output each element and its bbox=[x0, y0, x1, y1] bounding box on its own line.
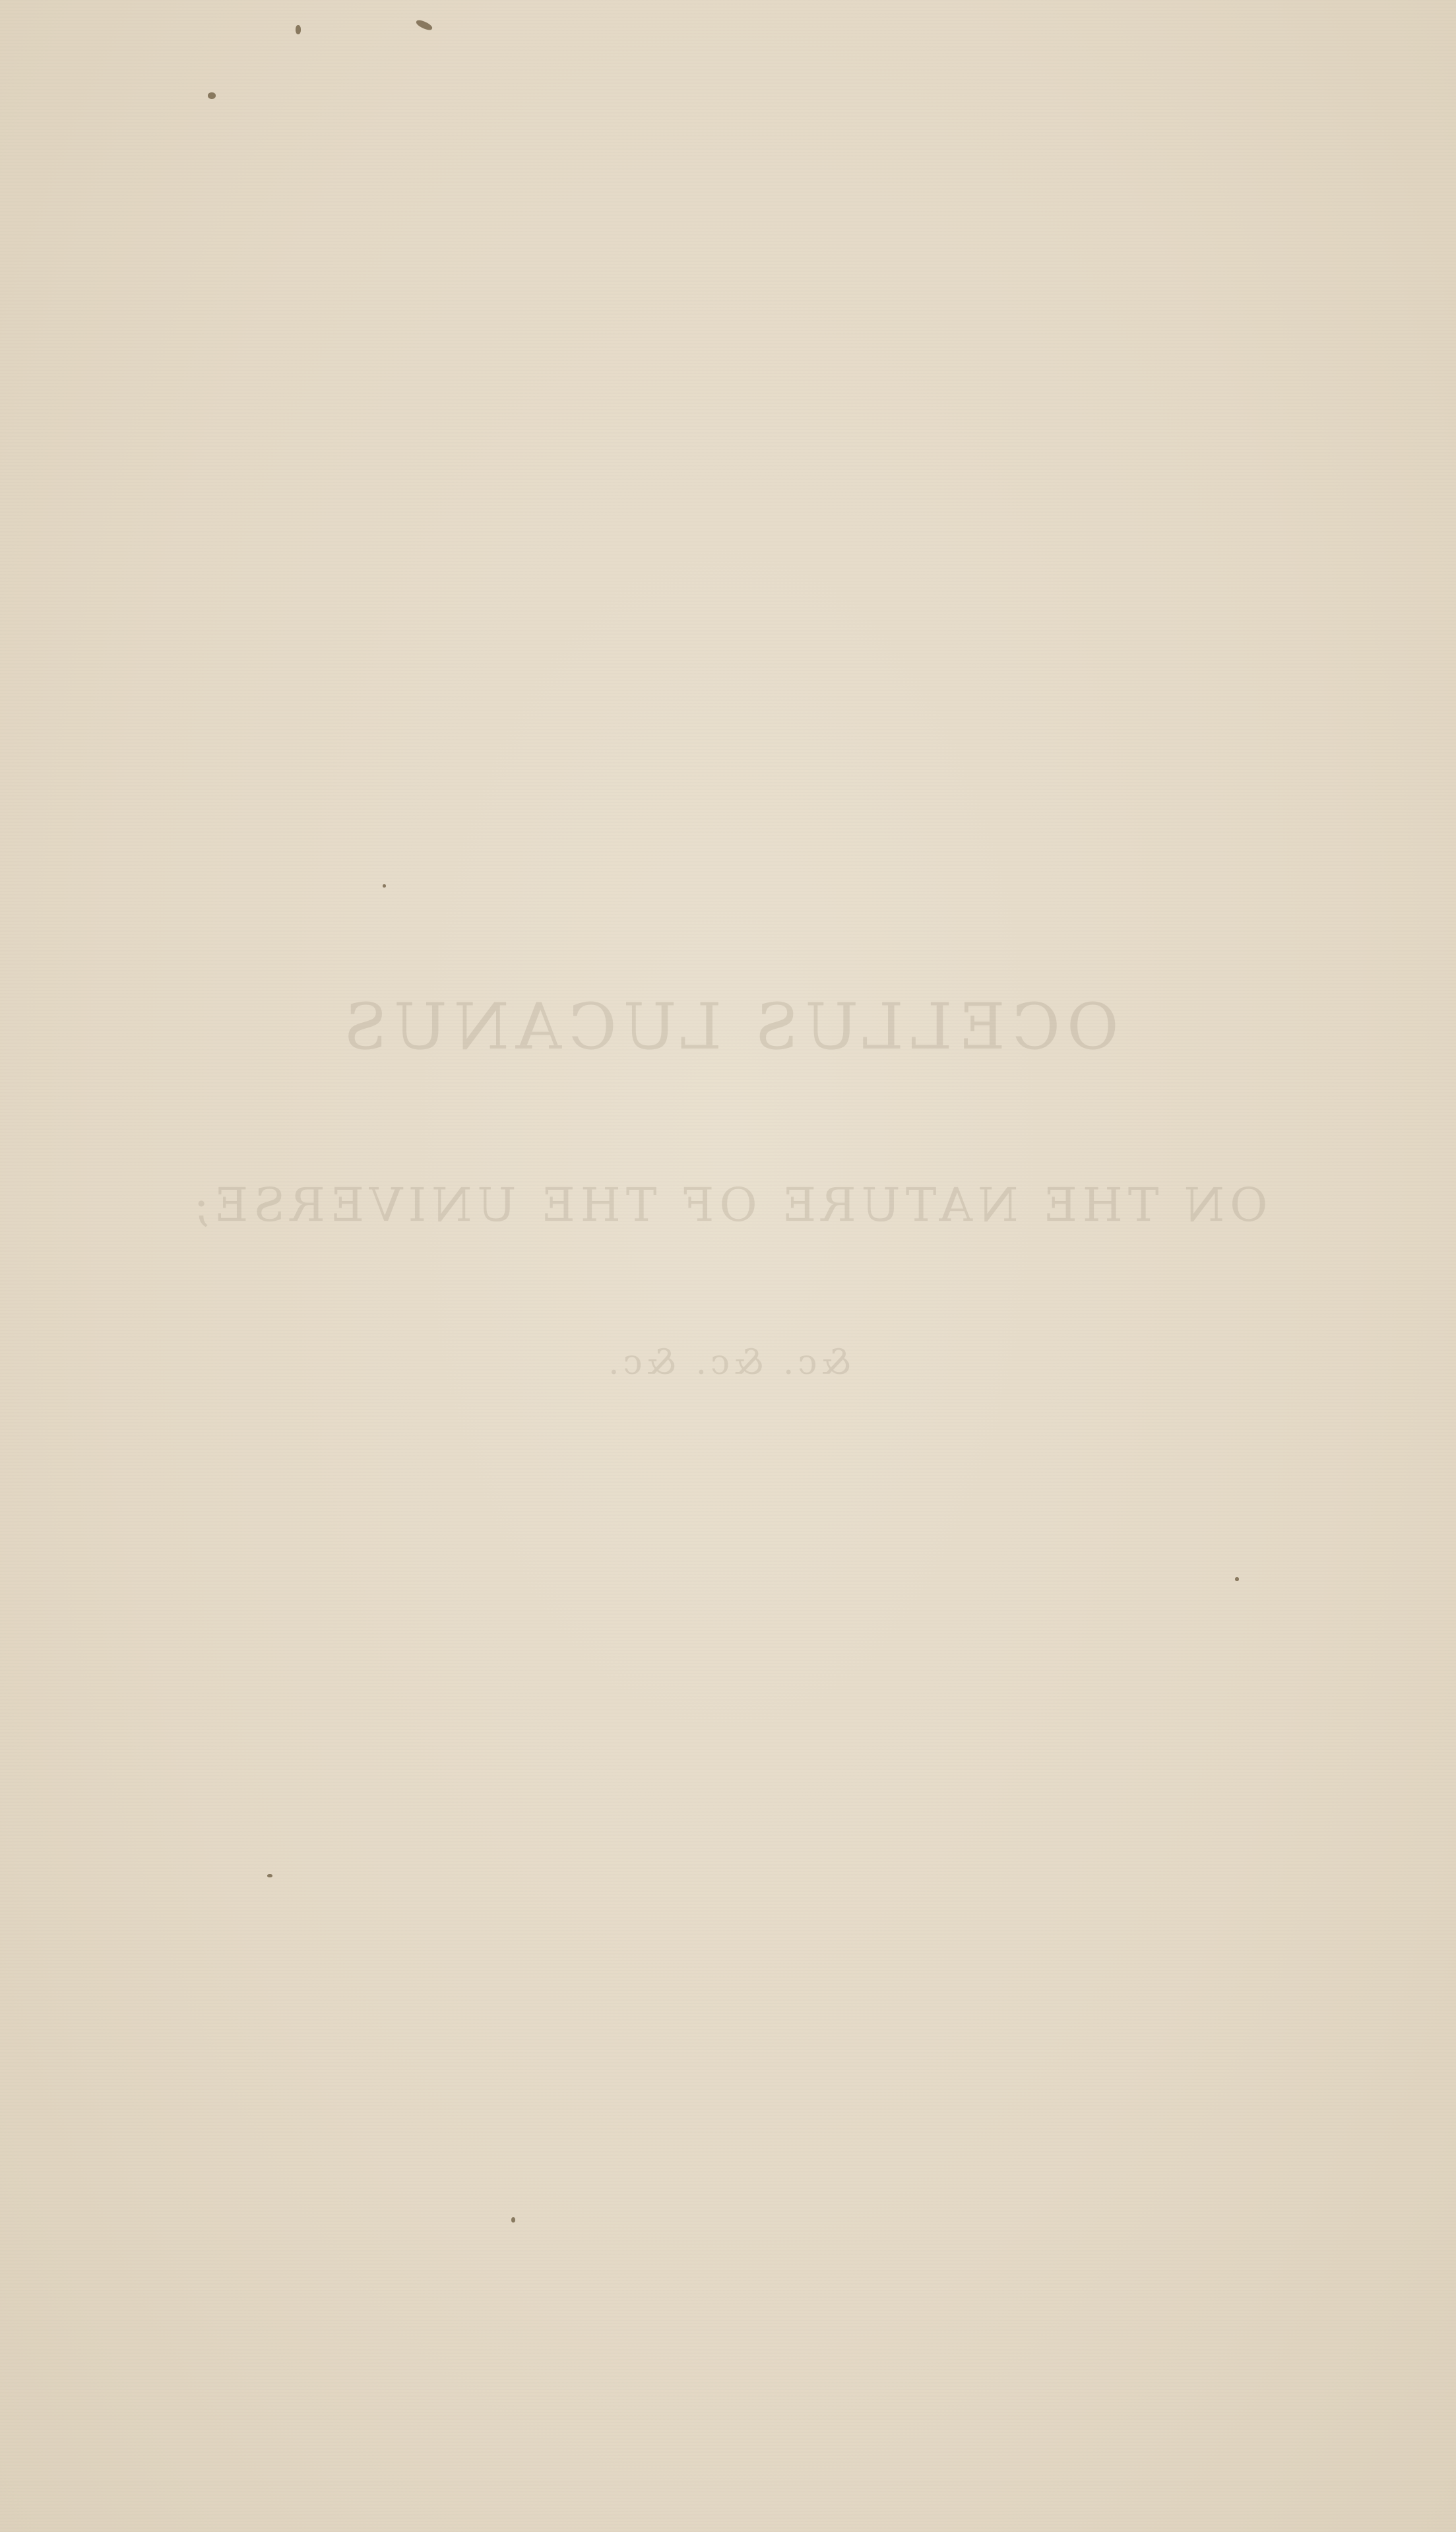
paper-speck bbox=[383, 884, 386, 888]
paper-speck bbox=[267, 1874, 272, 1877]
book-page: OCELLUS LUCANUS ON THE NATURE OF THE UNI… bbox=[0, 0, 1456, 2532]
paper-speck bbox=[296, 25, 301, 34]
paper-speck bbox=[511, 2217, 515, 2223]
paper-speck bbox=[208, 92, 216, 99]
paper-speck bbox=[415, 18, 433, 32]
showthrough-title: OCELLUS LUCANUS bbox=[0, 990, 1456, 1064]
showthrough-etc: &c. &c. &c. bbox=[0, 1343, 1456, 1382]
showthrough-subtitle: ON THE NATURE OF THE UNIVERSE; bbox=[0, 1178, 1456, 1232]
paper-speck bbox=[1235, 1577, 1239, 1581]
